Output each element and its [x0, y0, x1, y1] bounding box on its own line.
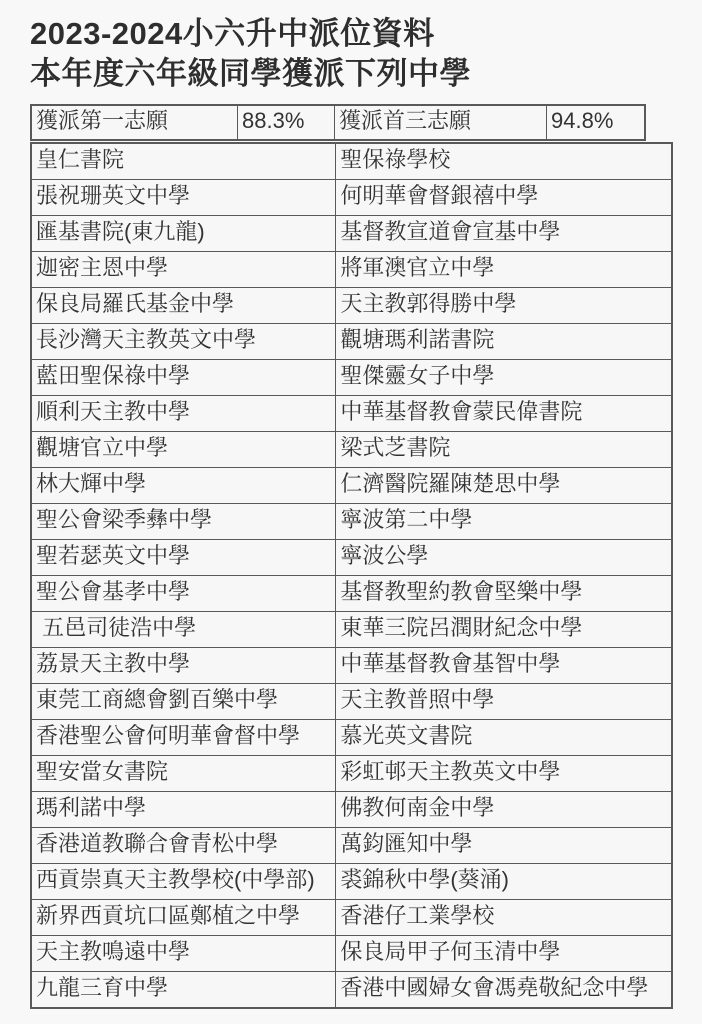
school-cell-left: 荔景天主教中學	[31, 648, 336, 684]
school-cell-right: 聖傑靈女子中學	[336, 360, 672, 396]
school-cell-right: 天主教郭得勝中學	[336, 288, 672, 324]
table-row: 匯基書院(東九龍)基督教宣道會宣基中學	[31, 216, 672, 252]
school-cell-right: 梁式芝書院	[336, 432, 672, 468]
school-cell-right: 何明華會督銀禧中學	[336, 180, 672, 216]
school-cell-right: 中華基督教會蒙民偉書院	[336, 396, 672, 432]
school-cell-right: 慕光英文書院	[336, 720, 672, 756]
school-cell-right: 基督教宣道會宣基中學	[336, 216, 672, 252]
school-cell-left: 匯基書院(東九龍)	[31, 216, 336, 252]
table-row: 聖若瑟英文中學寧波公學	[31, 540, 672, 576]
table-row: 新界西貢坑口區鄭植之中學香港仔工業學校	[31, 900, 672, 936]
table-row: 九龍三育中學香港中國婦女會馮堯敬紀念中學	[31, 972, 672, 1009]
page-title: 2023-2024小六升中派位資料	[30, 14, 702, 54]
table-row: 藍田聖保祿中學聖傑靈女子中學	[31, 360, 672, 396]
school-cell-left: 九龍三育中學	[31, 972, 336, 1009]
school-cell-left: 新界西貢坑口區鄭植之中學	[31, 900, 336, 936]
school-cell-left: 林大輝中學	[31, 468, 336, 504]
school-cell-left: 聖公會基孝中學	[31, 576, 336, 612]
school-cell-left: 東莞工商總會劉百樂中學	[31, 684, 336, 720]
school-cell-right: 將軍澳官立中學	[336, 252, 672, 288]
school-cell-left: 香港聖公會何明華會督中學	[31, 720, 336, 756]
school-cell-left: 皇仁書院	[31, 143, 336, 180]
school-cell-left: 迦密主恩中學	[31, 252, 336, 288]
school-cell-right: 基督教聖約教會堅樂中學	[336, 576, 672, 612]
school-cell-left: 順利天主教中學	[31, 396, 336, 432]
table-row: 保良局羅氏基金中學天主教郭得勝中學	[31, 288, 672, 324]
page-subtitle: 本年度六年級同學獲派下列中學	[30, 54, 702, 94]
school-cell-right: 仁濟醫院羅陳楚思中學	[336, 468, 672, 504]
school-cell-left: 五邑司徒浩中學	[31, 612, 336, 648]
table-row: 五邑司徒浩中學東華三院呂潤財紀念中學	[31, 612, 672, 648]
school-cell-right: 保良局甲子何玉清中學	[336, 936, 672, 972]
stats-table: 獲派第一志願 88.3% 獲派首三志願 94.8%	[30, 104, 646, 141]
school-cell-right: 香港仔工業學校	[336, 900, 672, 936]
school-cell-left: 藍田聖保祿中學	[31, 360, 336, 396]
table-row: 東莞工商總會劉百樂中學天主教普照中學	[31, 684, 672, 720]
school-cell-left: 聖安當女書院	[31, 756, 336, 792]
title-block: 2023-2024小六升中派位資料 本年度六年級同學獲派下列中學	[30, 14, 702, 94]
table-row: 順利天主教中學中華基督教會蒙民偉書院	[31, 396, 672, 432]
school-cell-right: 寧波公學	[336, 540, 672, 576]
school-cell-right: 香港中國婦女會馮堯敬紀念中學	[336, 972, 672, 1009]
table-row: 聖公會梁季彝中學寧波第二中學	[31, 504, 672, 540]
table-row: 林大輝中學仁濟醫院羅陳楚思中學	[31, 468, 672, 504]
table-row: 荔景天主教中學中華基督教會基智中學	[31, 648, 672, 684]
table-row: 張祝珊英文中學何明華會督銀禧中學	[31, 180, 672, 216]
school-cell-right: 寧波第二中學	[336, 504, 672, 540]
school-cell-left: 張祝珊英文中學	[31, 180, 336, 216]
table-row: 香港聖公會何明華會督中學慕光英文書院	[31, 720, 672, 756]
page: 2023-2024小六升中派位資料 本年度六年級同學獲派下列中學 獲派第一志願 …	[0, 0, 702, 1009]
table-row: 瑪利諾中學佛教何南金中學	[31, 792, 672, 828]
school-cell-right: 裘錦秋中學(葵涌)	[336, 864, 672, 900]
table-row: 香港道教聯合會青松中學萬鈞匯知中學	[31, 828, 672, 864]
table-row: 天主教鳴遠中學保良局甲子何玉清中學	[31, 936, 672, 972]
school-table-body: 皇仁書院聖保祿學校張祝珊英文中學何明華會督銀禧中學匯基書院(東九龍)基督教宣道會…	[31, 143, 672, 1008]
stats-row: 獲派第一志願 88.3% 獲派首三志願 94.8%	[31, 105, 645, 140]
school-cell-right: 佛教何南金中學	[336, 792, 672, 828]
table-row: 聖安當女書院彩虹邨天主教英文中學	[31, 756, 672, 792]
table-row: 西貢崇真天主教學校(中學部)裘錦秋中學(葵涌)	[31, 864, 672, 900]
school-cell-right: 東華三院呂潤財紀念中學	[336, 612, 672, 648]
school-cell-right: 彩虹邨天主教英文中學	[336, 756, 672, 792]
table-row: 皇仁書院聖保祿學校	[31, 143, 672, 180]
school-cell-left: 聖公會梁季彝中學	[31, 504, 336, 540]
school-cell-right: 天主教普照中學	[336, 684, 672, 720]
table-row: 長沙灣天主教英文中學觀塘瑪利諾書院	[31, 324, 672, 360]
school-cell-right: 聖保祿學校	[336, 143, 672, 180]
school-cell-left: 觀塘官立中學	[31, 432, 336, 468]
school-cell-left: 香港道教聯合會青松中學	[31, 828, 336, 864]
stat-top-three-value: 94.8%	[547, 105, 646, 140]
table-row: 觀塘官立中學梁式芝書院	[31, 432, 672, 468]
school-cell-left: 聖若瑟英文中學	[31, 540, 336, 576]
table-row: 聖公會基孝中學基督教聖約教會堅樂中學	[31, 576, 672, 612]
school-cell-right: 中華基督教會基智中學	[336, 648, 672, 684]
school-cell-left: 保良局羅氏基金中學	[31, 288, 336, 324]
stat-top-three-label: 獲派首三志願	[335, 105, 547, 140]
stat-first-choice-label: 獲派第一志願	[31, 105, 238, 140]
school-cell-left: 西貢崇真天主教學校(中學部)	[31, 864, 336, 900]
stat-first-choice-value: 88.3%	[238, 105, 335, 140]
school-table: 皇仁書院聖保祿學校張祝珊英文中學何明華會督銀禧中學匯基書院(東九龍)基督教宣道會…	[30, 142, 673, 1009]
school-cell-left: 天主教鳴遠中學	[31, 936, 336, 972]
school-cell-right: 萬鈞匯知中學	[336, 828, 672, 864]
school-cell-left: 長沙灣天主教英文中學	[31, 324, 336, 360]
school-cell-right: 觀塘瑪利諾書院	[336, 324, 672, 360]
school-cell-left: 瑪利諾中學	[31, 792, 336, 828]
table-row: 迦密主恩中學將軍澳官立中學	[31, 252, 672, 288]
